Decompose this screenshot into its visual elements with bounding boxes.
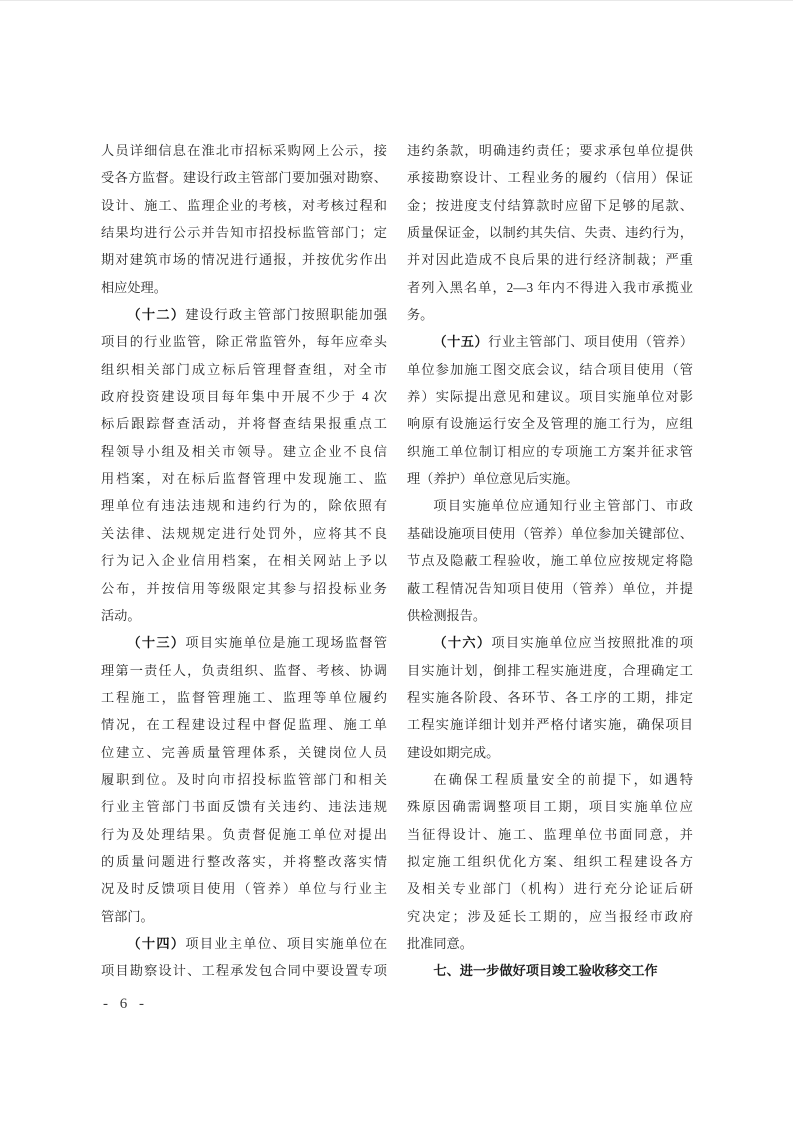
text-line: 批准同意。 (407, 930, 693, 957)
text-line: 人员详细信息在淮北市招标采购网上公示，接 (101, 137, 387, 164)
text-line: 建设如期完成。 (407, 739, 693, 766)
text-line: 结果均进行公示并告知市招投标监管部门；定 (101, 219, 387, 246)
document-page: 人员详细信息在淮北市招标采购网上公示，接受各方监督。建设行政主管部门要加强对勘察… (0, 0, 793, 1122)
text-line: 拟定施工组织优化方案、组织工程建设各方 (407, 848, 693, 875)
text-line: 组织相关部门成立标后管理督查组，对全市 (101, 356, 387, 383)
right-column: 违约条款，明确违约责任；要求承包单位提供承接勘察设计、工程业务的履约（信用）保证… (407, 137, 693, 985)
line-text: 行业主管部门、项目使用（管养） (488, 334, 693, 349)
section-heading: 七、进一步做好项目竣工验收移交工作 (407, 957, 693, 984)
text-line: 工程施工，监督管理施工、监理等单位履约 (101, 684, 387, 711)
text-line: 程实施各阶段、各环节、各工序的工期，排定 (407, 684, 693, 711)
text-line: 用档案，对在标后监督管理中发现施工、监 (101, 465, 387, 492)
line-text: 建设行政主管部门按照职能加强 (185, 307, 387, 322)
line-text: 项目业主单位、项目实施单位在 (185, 936, 387, 951)
text-line: 在确保工程质量安全的前提下，如遇特 (407, 766, 693, 793)
text-line: （十二）建设行政主管部门按照职能加强 (101, 301, 387, 328)
text-line: 理单位有违法违规和违约行为的，除依照有 (101, 492, 387, 519)
text-line: 违约条款，明确违约责任；要求承包单位提供 (407, 137, 693, 164)
text-line: 项目勘察设计、工程承发包合同中要设置专项 (101, 957, 387, 984)
text-line: （十五）行业主管部门、项目使用（管养） (407, 328, 693, 355)
text-line: 程领导小组及相关市领导。建立企业不良信 (101, 438, 387, 465)
text-line: 行为记入企业信用档案，在相关网站上予以 (101, 547, 387, 574)
text-line: 的质量问题进行整改落实，并将整改落实情 (101, 848, 387, 875)
text-line: 并对因此造成不良后果的进行经济制裁；严重 (407, 246, 693, 273)
text-line: 标后跟踪督查活动，并将督查结果报重点工 (101, 410, 387, 437)
text-line: 受各方监督。建设行政主管部门要加强对勘察、 (101, 164, 387, 191)
text-line: 金；按进度支付结算款时应留下足够的尾款、 (407, 192, 693, 219)
item-number: （十二） (127, 307, 185, 322)
text-line: （十六）项目实施单位应当按照批准的项 (407, 629, 693, 656)
text-line: 供检测报告。 (407, 602, 693, 629)
text-line: 项目实施单位应通知行业主管部门、市政 (407, 492, 693, 519)
left-column: 人员详细信息在淮北市招标采购网上公示，接受各方监督。建设行政主管部门要加强对勘察… (101, 137, 387, 985)
text-line: 单位参加施工图交底会议，结合项目使用（管 (407, 356, 693, 383)
text-line: 目实施计划，倒排工程实施进度，合理确定工 (407, 657, 693, 684)
text-line: 行为及处理结果。负责督促施工单位对提出 (101, 821, 387, 848)
text-line: 织施工单位制订相应的专项施工方案并征求管 (407, 438, 693, 465)
text-line: 行业主管部门书面反馈有关违约、违法违规 (101, 793, 387, 820)
text-line: 活动。 (101, 602, 387, 629)
text-line: 者列入黑名单，2—3 年内不得进入我市承揽业 (407, 274, 693, 301)
item-number: （十三） (127, 635, 185, 650)
item-number: （十六） (433, 635, 491, 650)
text-line: 承接勘察设计、工程业务的履约（信用）保证 (407, 164, 693, 191)
line-text: 项目实施单位应当按照批准的项 (491, 635, 693, 650)
text-line: 况及时反馈项目使用（管养）单位与行业主 (101, 875, 387, 902)
text-line: 殊原因确需调整项目工期，项目实施单位应 (407, 793, 693, 820)
text-line: （十四）项目业主单位、项目实施单位在 (101, 930, 387, 957)
text-line: 理（养护）单位意见后实施。 (407, 465, 693, 492)
text-line: 工程实施详细计划并严格付诸实施，确保项目 (407, 711, 693, 738)
text-line: 响原有设施运行安全及管理的施工行为，应组 (407, 410, 693, 437)
text-line: 养）实际提出意见和建议。项目实施单位对影 (407, 383, 693, 410)
page-number: - 6 - (103, 996, 148, 1013)
text-line: 关法律、法规规定进行处罚外，应将其不良 (101, 520, 387, 547)
text-line: 理第一责任人，负责组织、监督、考核、协调 (101, 657, 387, 684)
text-line: （十三）项目实施单位是施工现场监督管 (101, 629, 387, 656)
text-line: 基础设施项目使用（管养）单位参加关键部位、 (407, 520, 693, 547)
text-line: 节点及隐蔽工程验收，施工单位应按规定将隐 (407, 547, 693, 574)
item-number: （十五） (433, 334, 488, 349)
text-line: 政府投资建设项目每年集中开展不少于 4 次 (101, 383, 387, 410)
text-line: 项目的行业监管，除正常监管外，每年应牵头 (101, 328, 387, 355)
text-line: 管部门。 (101, 903, 387, 930)
text-line: 期对建筑市场的情况进行通报，并按优劣作出 (101, 246, 387, 273)
text-line: 位建立、完善质量管理体系，关键岗位人员 (101, 739, 387, 766)
text-line: 公布，并按信用等级限定其参与招投标业务 (101, 575, 387, 602)
text-line: 情况，在工程建设过程中督促监理、施工单 (101, 711, 387, 738)
text-line: 当征得设计、施工、监理单位书面同意，并 (407, 821, 693, 848)
text-line: 设计、施工、监理企业的考核，对考核过程和 (101, 192, 387, 219)
text-line: 相应处理。 (101, 274, 387, 301)
line-text: 项目实施单位是施工现场监督管 (185, 635, 387, 650)
item-number: （十四） (127, 936, 185, 951)
text-line: 蔽工程情况告知项目使用（管养）单位，并提 (407, 575, 693, 602)
text-line: 及相关专业部门（机构）进行充分论证后研 (407, 875, 693, 902)
text-line: 质量保证金，以制约其失信、失责、违约行为， (407, 219, 693, 246)
text-line: 务。 (407, 301, 693, 328)
text-line: 究决定；涉及延长工期的，应当报经市政府 (407, 903, 693, 930)
text-line: 履职到位。及时向市招投标监管部门和相关 (101, 766, 387, 793)
